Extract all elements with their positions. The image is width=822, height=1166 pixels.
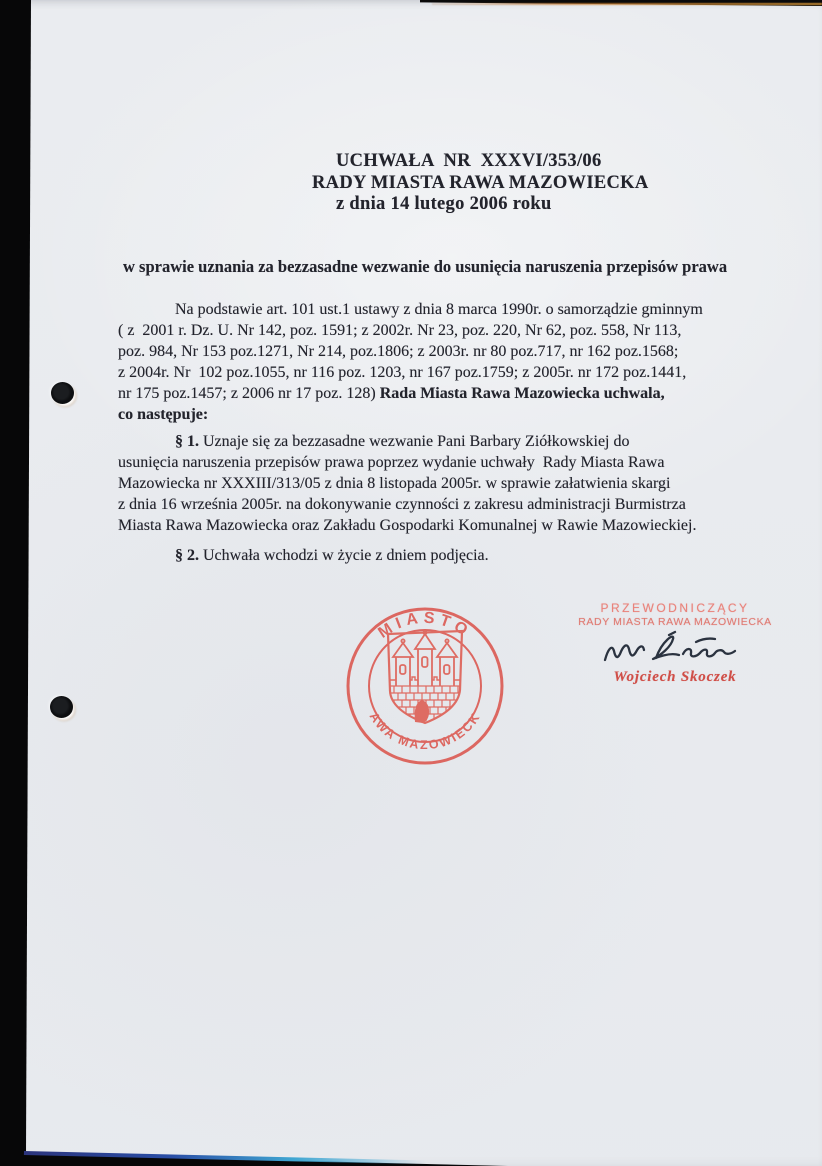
- city-seal-stamp: MIASTO RAWA MAZOWIECKA: [339, 600, 511, 772]
- preamble-line: nr 175 poz.1457; z 2006 nr 17 poz. 128) …: [118, 383, 703, 404]
- council-name: RADY MIASTA RAWA MAZOWIECKA: [312, 173, 649, 195]
- document-page: UCHWAŁA NR XXXVI/353/06 RADY MIASTA RAWA…: [0, 0, 822, 1166]
- coat-of-arms-shield: [388, 631, 462, 723]
- handwritten-signature: [599, 629, 751, 671]
- signer-role-line1: PRZEWODNICZĄCY: [570, 601, 780, 615]
- signer-role-line2: RADY MIASTA RAWA MAZOWIECKA: [570, 616, 780, 628]
- preamble-line-normal: nr 175 poz.1457; z 2006 nr 17 poz. 128): [118, 385, 380, 402]
- enacting-clause-end: co następuje:: [118, 404, 703, 425]
- paragraph-1: § 1. Uznaje się za bezzasadne wezwanie P…: [118, 431, 696, 536]
- resolution-heading: UCHWAŁA NR XXXVI/353/06 RADY MIASTA RAWA…: [312, 151, 649, 216]
- scanned-document: UCHWAŁA NR XXXVI/353/06 RADY MIASTA RAWA…: [0, 0, 822, 1166]
- resolution-date: z dnia 14 lutego 2006 roku: [336, 194, 649, 216]
- seal-top-textpath: MIASTO: [375, 610, 474, 642]
- paragraph-1-text: Uznaje się za bezzasadne wezwanie Pani B…: [199, 433, 630, 450]
- scan-edge-top-glow: [432, 3, 822, 5]
- punch-hole-top: [51, 382, 74, 404]
- paragraph-1-marker: § 1.: [175, 433, 199, 450]
- legal-basis-paragraph: Na podstawie art. 101 ust.1 ustawy z dni…: [118, 299, 703, 425]
- paragraph-2-marker: § 2.: [175, 547, 199, 564]
- paragraph-2-text: Uchwała wchodzi w życie z dniem podjęcia…: [199, 547, 489, 564]
- signer-name: Wojciech Skoczek: [570, 669, 780, 686]
- preamble-line: ( z 2001 r. Dz. U. Nr 142, poz. 1591; z …: [118, 320, 703, 341]
- preamble-line: poz. 984, Nr 153 poz.1271, Nr 214, poz.1…: [118, 341, 703, 362]
- subject-line: w sprawie uznania za bezzasadne wezwanie…: [123, 257, 727, 277]
- paragraph-2-line: § 2. Uchwała wchodzi w życie z dniem pod…: [118, 545, 489, 566]
- signature-block: PRZEWODNICZĄCY RADY MIASTA RAWA MAZOWIEC…: [570, 601, 780, 686]
- gate-door: [415, 700, 429, 723]
- paragraph-1-line: § 1. Uznaje się za bezzasadne wezwanie P…: [118, 431, 696, 452]
- paragraph-1-line: Mazowiecka nr XXXIII/313/05 z dnia 8 lis…: [118, 473, 696, 494]
- paragraph-1-line: usunięcia naruszenia przepisów prawa pop…: [118, 452, 696, 473]
- seal-top-text: MIASTO: [375, 610, 474, 642]
- paragraph-1-line: z dnia 16 września 2005r. na dokonywanie…: [118, 494, 696, 515]
- resolution-number: UCHWAŁA NR XXXVI/353/06: [336, 151, 649, 173]
- preamble-line: Na podstawie art. 101 ust.1 ustawy z dni…: [118, 299, 703, 320]
- enacting-clause: Rada Miasta Rawa Mazowiecka uchwala,: [380, 385, 665, 402]
- paragraph-1-line: Miasta Rawa Mazowiecka oraz Zakładu Gosp…: [118, 515, 696, 536]
- punch-hole-bottom: [50, 696, 73, 718]
- preamble-line: z 2004r. Nr 102 poz.1055, nr 116 poz. 12…: [118, 362, 703, 383]
- paragraph-2: § 2. Uchwała wchodzi w życie z dniem pod…: [118, 545, 489, 566]
